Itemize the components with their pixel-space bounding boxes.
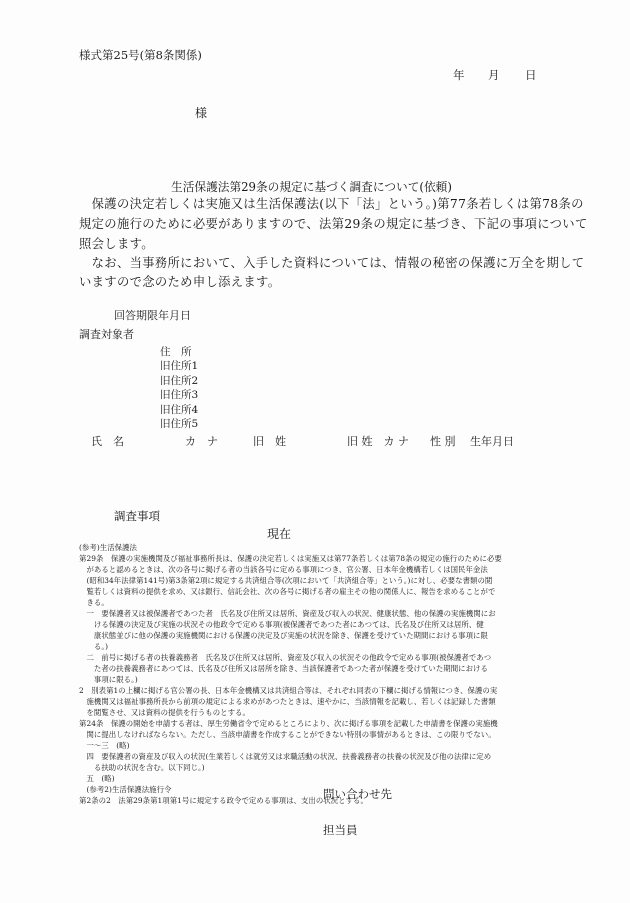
reference-line: 第24条 保護の開始を申請する者は、厚生労働省令で定めるところにより、次に掲げる… <box>79 719 498 729</box>
inquiry-items-label: 調査事項 <box>114 508 160 524</box>
reference-line: 事項に限る。) <box>79 675 138 685</box>
column-former-surname-kana: 旧 姓 カ ナ <box>347 433 409 449</box>
column-former-surname: 旧 姓 <box>253 433 286 449</box>
address-fields: 住 所 旧住所1 旧住所2 旧住所3 旧住所4 旧住所5 <box>160 345 198 431</box>
date-year-label: 年 <box>453 68 465 82</box>
response-deadline-label: 回答期限年月日 <box>114 309 191 323</box>
date-month-label: 月 <box>488 68 500 82</box>
reference-line: (参考2)生活保護法施行令 <box>79 785 171 795</box>
addressee-suffix: 様 <box>195 106 207 120</box>
reference-line: 康状態並びに他の保護の実施機関における保護の決定及び実施の状況を除き、保護を受け… <box>79 631 488 641</box>
document-title: 生活保護法第29条の規定に基づく調査について(依頼) <box>171 179 452 195</box>
column-name: 氏 名 <box>91 433 124 449</box>
address-field-current: 住 所 <box>160 345 198 359</box>
reference-line: 四 要保護者の資産及び収入の状況(生業若しくは就労又は求職活動の状況、扶養義務者… <box>79 752 491 762</box>
reference-line: きる。 <box>79 598 109 608</box>
reference-line: ける保護の決定及び実施の状況その他政令で定める事項(被保護者であつた者にあつては… <box>79 620 484 630</box>
reference-line: る扶助の状況を含む。以下同じ。) <box>79 763 205 773</box>
reference-line: 一 要保護者又は被保護者であつた者 氏名及び住所又は居所、資産及び収入の状況、健… <box>79 609 496 619</box>
address-field-former-3: 旧住所3 <box>160 388 198 402</box>
body-line: 規定の施行のために必要がありますので、法第29条の規定に基づき、下記の事項につい… <box>79 217 588 232</box>
form-number: 様式第25号(第8条関係) <box>79 48 202 62</box>
reference-line: る。) <box>79 642 108 652</box>
officer-label: 担当員 <box>323 822 358 838</box>
reference-line: があると認めるときは、次の各号に掲げる者の当該各号に定める事項につき、官公署、日… <box>79 565 488 575</box>
reference-line: 施機関又は福祉事務所長から前項の規定による求めがあつたときは、速やかに、当該情報… <box>79 697 496 707</box>
column-sex: 性 別 <box>430 433 456 449</box>
reference-line: た者の扶養義務者にあつては、氏名及び住所又は居所を除き、当該保護者であつた者が保… <box>79 664 488 674</box>
body-line: なお、当事務所において、入手した資料については、情報の秘密の保護に万全を期して <box>79 256 584 271</box>
reference-line: 一〜三 (略) <box>79 741 130 751</box>
reference-line: (参考)生活保護法 <box>79 543 137 553</box>
reference-line: 五 (略) <box>79 774 115 784</box>
column-birthdate: 生年月日 <box>470 433 514 449</box>
address-field-former-2: 旧住所2 <box>160 374 198 388</box>
reference-line: 覧若しくは資料の提供を求め、又は銀行、信託会社、次の各号に掲げる者の雇主その他の… <box>79 587 495 597</box>
subject-label: 調査対象者 <box>79 328 134 342</box>
reference-line: 第29条 保護の実施機関及び福祉事務所長は、保護の決定若しくは実施又は第77条若… <box>79 554 502 564</box>
body-line: いますので念のため申し添えます。 <box>79 275 280 290</box>
address-field-former-5: 旧住所5 <box>160 417 198 431</box>
reference-line: 二 前号に掲げる者の扶養義務者 氏名及び住所又は居所、資産及び収入の状況その他政… <box>79 653 491 663</box>
address-field-former-4: 旧住所4 <box>160 403 198 417</box>
current-label: 現在 <box>267 525 291 542</box>
reference-line: (昭和34年法律第141号)第3条第2項に規定する共済組合等(次項において「共済… <box>79 576 492 586</box>
reference-line: 関に提出しなければならない。ただし、当該申請書を作成することができない特別の事情… <box>79 730 496 740</box>
person-columns: 氏 名 カ ナ 旧 姓 旧 姓 カ ナ 性 別 生年月日 <box>0 433 630 449</box>
date-day-label: 日 <box>525 68 537 82</box>
body-line: 保護の決定若しくは実施又は生活保護法(以下「法」という。)第77条若しくは第78… <box>79 197 584 212</box>
body-line: 照会します。 <box>79 237 154 252</box>
address-field-former-1: 旧住所1 <box>160 359 198 373</box>
reference-line: 2 別表第1の上欄に掲げる官公署の長、日本年金機構又は共済組合等は、それぞれ同表… <box>79 686 497 696</box>
contact-label: 問い合わせ先 <box>323 786 392 802</box>
column-kana: カ ナ <box>185 433 218 449</box>
reference-line: を閲覧させ、又は資料の提供を行うものとする。 <box>79 708 250 718</box>
